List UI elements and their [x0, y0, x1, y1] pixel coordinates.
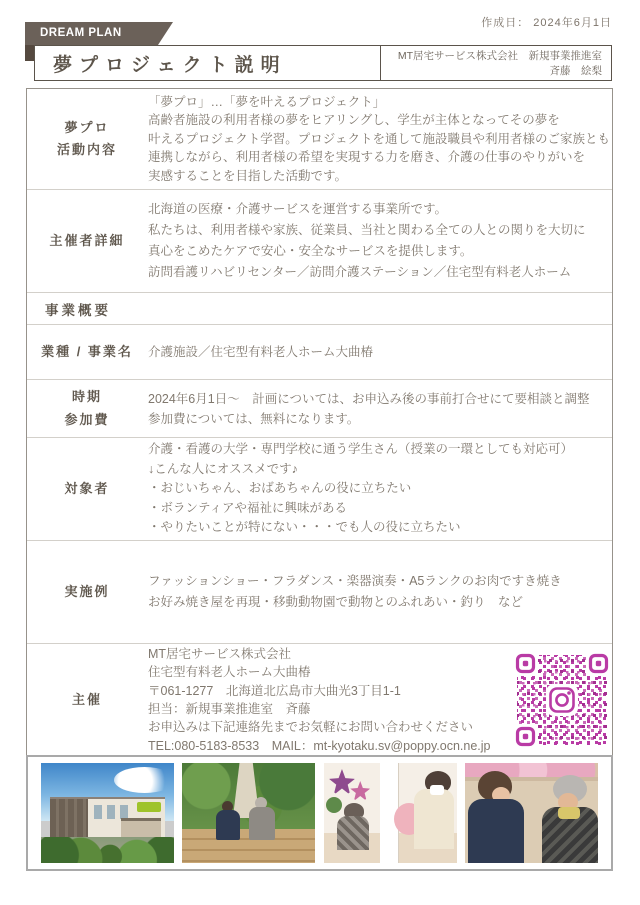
text-line: ・おじいちゃん、おばあちゃんの役に立ちたい: [148, 479, 598, 499]
page-title: 夢プロジェクト説明: [53, 50, 287, 77]
row-label-target: 対象者: [27, 438, 147, 540]
label-line: 業種 / 事業名: [41, 341, 133, 363]
label-line: 参加費: [64, 409, 109, 431]
organizer-content-wrap: MT居宅サービス株式会社住宅型有料老人ホーム大曲椿〒061-1277 北海道北広…: [147, 644, 612, 756]
title-cell: 夢プロジェクト説明: [35, 46, 380, 80]
row-content-schedule-fee: 2024年6月1日～ 計画については、お申込み後の事前打合せにて要相談と調整参加…: [147, 380, 612, 437]
text-line: 高齢者施設の利用者様の夢をヒアリングし、学生が主体となってその夢を: [148, 111, 610, 130]
text-line: 北海道の医療・介護サービスを運営する事業所です。: [148, 199, 598, 220]
caregiver-resident-photo: [465, 763, 598, 863]
label-line: 時期: [72, 386, 102, 408]
row-label-activity: 夢プロ 活動内容: [27, 89, 147, 189]
section-header-label: 事業概要: [45, 299, 111, 319]
created-date: 作成日： 2024年6月1日: [481, 14, 612, 30]
table-row-target: 対象者 介護・看護の大学・専門学校に通う学生さん（授業の一環としても対応可）↓こ…: [27, 437, 612, 540]
balloon-activity-photo: [324, 763, 457, 863]
text-line: 「夢プロ」…「夢を叶えるプロジェクト」: [148, 93, 610, 112]
table-row-activity: 夢プロ 活動内容 「夢プロ」…「夢を叶えるプロジェクト」高齢者施設の利用者様の夢…: [27, 89, 612, 189]
table-row-organizer: 主催 MT居宅サービス株式会社住宅型有料老人ホーム大曲椿〒061-1277 北海…: [27, 643, 612, 756]
table-row-organizer-detail: 主催者詳細 北海道の医療・介護サービスを運営する事業所です。私たちは、利用者様や…: [27, 189, 612, 292]
building-panel-shape: [50, 799, 87, 839]
label-line: 夢プロ: [64, 117, 109, 139]
text-line: 訪問看護リハビリセンター／訪問介護ステーション／住宅型有料老人ホーム: [148, 262, 598, 283]
organization-name: MT居宅サービス株式会社 新規事業推進室: [387, 49, 602, 64]
windows-shape: [94, 805, 129, 819]
qr-code-area: [512, 653, 612, 747]
table-row-examples: 実施例 ファッションショー・フラダンス・楽器演奏・A5ランクのお肉ですき焼きお好…: [27, 540, 612, 643]
text-line: TEL:080-5183-8533 MAIL：mt-kyotaku.sv@pop…: [148, 737, 508, 755]
facility-exterior-photo: [41, 763, 174, 863]
row-content-organizer-detail: 北海道の医療・介護サービスを運営する事業所です。私たちは、利用者様や家族、従業員…: [147, 190, 612, 292]
text-line: 真心をこめたケアで安心・安全なサービスを提供します。: [148, 241, 598, 262]
bushes-shape: [41, 837, 174, 863]
caregiver-body-shape: [216, 810, 240, 840]
text-line: 参加費については、無料になります。: [148, 409, 598, 429]
caregiver-body-shape: [414, 789, 454, 849]
label-line: 活動内容: [57, 139, 117, 161]
document-page: 作成日： 2024年6月1日 DREAM PLAN 夢プロジェクト説明 MT居宅…: [0, 0, 640, 905]
row-content-target: 介護・看護の大学・専門学校に通う学生さん（授業の一環としても対応可）↓こんな人に…: [147, 438, 612, 540]
text-line: 介護施設／住宅型有料老人ホーム大曲椿: [148, 343, 598, 362]
text-line: ファッションショー・フラダンス・楽器演奏・A5ランクのお肉ですき焼き: [148, 571, 598, 592]
elder-collar-shape: [558, 807, 580, 819]
text-line: ・やりたいことが特にない・・・でも人の役に立ちたい: [148, 518, 598, 538]
elder-body-shape: [337, 816, 369, 850]
photo-strip-frame: [26, 755, 613, 871]
ribbon-label: DREAM PLAN: [40, 27, 122, 39]
author-name: 斉藤 絵梨: [387, 64, 602, 79]
ribbon-fold-decoration: [25, 45, 34, 61]
label-line: 実施例: [64, 581, 109, 603]
text-line: お好み焼き屋を再現・移動動物園で動物とのふれあい・釣り など: [148, 592, 598, 613]
row-label-schedule-fee: 時期 参加費: [27, 380, 147, 437]
row-content-organizer: MT居宅サービス株式会社住宅型有料老人ホーム大曲椿〒061-1277 北海道北広…: [147, 639, 512, 761]
elder-body-shape: [249, 807, 275, 840]
text-line: ・ボランティアや福祉に興味がある: [148, 499, 598, 519]
created-date-label: 作成日：: [481, 17, 529, 29]
table-row-schedule-fee: 時期 参加費 2024年6月1日～ 計画については、お申込み後の事前打合せにて要…: [27, 379, 612, 437]
row-label-business: 業種 / 事業名: [27, 325, 147, 379]
instagram-qr-code: [515, 653, 609, 747]
row-content-activity: 「夢プロ」…「夢を叶えるプロジェクト」高齢者施設の利用者様の夢をヒアリングし、学…: [147, 89, 624, 189]
label-line: 対象者: [64, 478, 109, 500]
row-label-examples: 実施例: [27, 541, 147, 643]
table-row-business: 業種 / 事業名 介護施設／住宅型有料老人ホーム大曲椿: [27, 324, 612, 379]
dream-plan-ribbon: DREAM PLAN: [25, 22, 173, 45]
text-line: 介護・看護の大学・専門学校に通う学生さん（授業の一環としても対応可）: [148, 440, 598, 460]
title-header-box: 夢プロジェクト説明 MT居宅サービス株式会社 新規事業推進室 斉藤 絵梨: [34, 45, 612, 81]
organization-cell: MT居宅サービス株式会社 新規事業推進室 斉藤 絵梨: [380, 46, 611, 80]
text-line: 〒061-1277 北海道北広島市大曲光3丁目1-1: [148, 682, 508, 700]
face-mask-shape: [430, 785, 444, 795]
label-line: 主催: [72, 689, 102, 711]
text-line: 叶えるプロジェクト学習。プロジェクトを通して施設職員や利用者様のご家族とも: [148, 130, 610, 149]
text-line: 私たちは、利用者様や家族、従業員、当社と関わる全ての人との関りを大切に: [148, 220, 598, 241]
text-line: お申込みは下記連絡先までお気軽にお問い合わせください: [148, 718, 508, 736]
row-label-organizer: 主催: [27, 644, 147, 756]
caregiver-body-shape: [468, 799, 524, 863]
row-content-business: 介護施設／住宅型有料老人ホーム大曲椿: [147, 325, 612, 379]
text-line: 実感することを目指した活動です。: [148, 167, 610, 186]
garden-deck-couple-photo: [182, 763, 315, 863]
row-content-examples: ファッションショー・フラダンス・楽器演奏・A5ランクのお肉ですき焼きお好み焼き屋…: [147, 541, 612, 643]
cloud-shape: [114, 767, 174, 793]
content-table: 夢プロ 活動内容 「夢プロ」…「夢を叶えるプロジェクト」高齢者施設の利用者様の夢…: [26, 88, 613, 757]
section-header-overview: 事業概要: [27, 292, 612, 324]
text-line: ↓こんな人にオススメです♪: [148, 460, 598, 480]
label-line: 主催者詳細: [49, 230, 124, 252]
row-label-organizer-detail: 主催者詳細: [27, 190, 147, 292]
text-line: MT居宅サービス株式会社: [148, 645, 508, 663]
text-line: 2024年6月1日～ 計画については、お申込み後の事前打合せにて要相談と調整: [148, 389, 598, 409]
text-line: 担当：新規事業推進室 斉藤: [148, 700, 508, 718]
facility-sign-shape: [137, 802, 161, 812]
created-date-value: 2024年6月1日: [533, 17, 612, 29]
text-line: 連携しながら、利用者様の希望を実現する力を磨き、介護の仕事のやりがいを: [148, 148, 610, 167]
text-line: 住宅型有料老人ホーム大曲椿: [148, 663, 508, 681]
